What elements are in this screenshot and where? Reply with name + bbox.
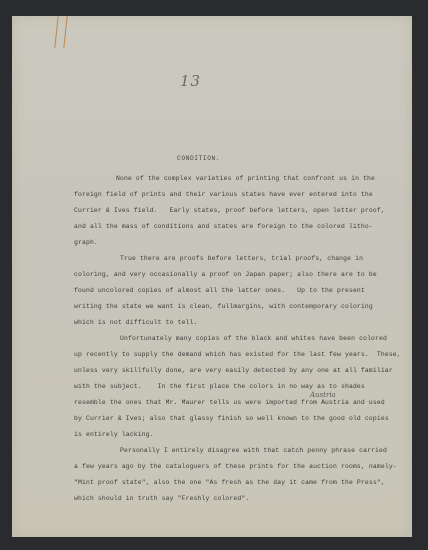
text-line: True there are proofs before letters, tr…: [120, 255, 363, 263]
text-line: foreign field of prints and their variou…: [74, 191, 373, 199]
text-line: Personally I entirely disagree with that…: [120, 447, 387, 455]
text-line: None of the complex varieties of printin…: [116, 175, 375, 183]
text-line: Currier & Ives field. Early states, proo…: [74, 207, 385, 215]
text-line: coloring, and very occasionally a proof …: [74, 271, 377, 279]
text-line: resemble the ones that Mr. Maurer tells …: [74, 399, 385, 407]
text-line: up recently to supply the demand which h…: [74, 351, 401, 359]
text-line: found uncolored copies of almost all the…: [74, 287, 365, 295]
handwritten-page-number: 13: [180, 72, 201, 90]
text-line: is entirely lacking.: [74, 431, 154, 439]
section-heading: CONDITION.: [177, 155, 220, 162]
text-line: by Currier & Ives; also that glassy fini…: [74, 415, 389, 423]
text-line: unless very skillfully done, are very ea…: [74, 367, 393, 375]
paperclip-mark: [63, 16, 67, 48]
text-line: a few years ago by the cataloguers of th…: [74, 463, 397, 471]
handwritten-annotation: Austria: [310, 391, 336, 399]
text-line: which is not difficult to tell.: [74, 319, 198, 327]
text-line: Unfortunately many copies of the black a…: [120, 335, 387, 343]
text-line: and all the mass of conditions and state…: [74, 223, 373, 231]
text-line: with the subject. In the first place the…: [74, 383, 365, 391]
text-line: graph.: [74, 239, 98, 247]
text-line: which should in truth say "Freshly color…: [74, 495, 249, 503]
paperclip-mark: [54, 16, 58, 48]
text-line: writing the state we want is clean, full…: [74, 303, 373, 311]
text-line: "Mint proof state", also the one "As fre…: [74, 479, 385, 487]
